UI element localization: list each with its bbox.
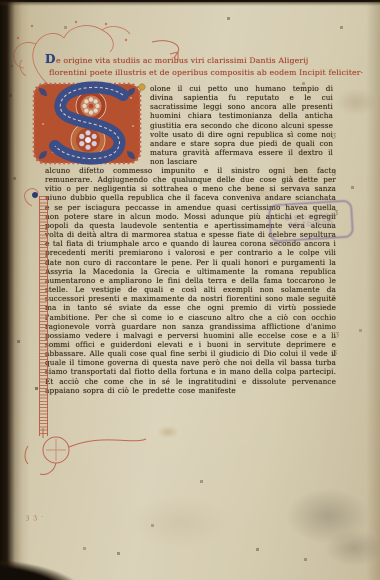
page-corner-shadow xyxy=(0,0,380,580)
manuscript-photo: D e origine vita studiis ac moribus viri… xyxy=(0,0,380,580)
